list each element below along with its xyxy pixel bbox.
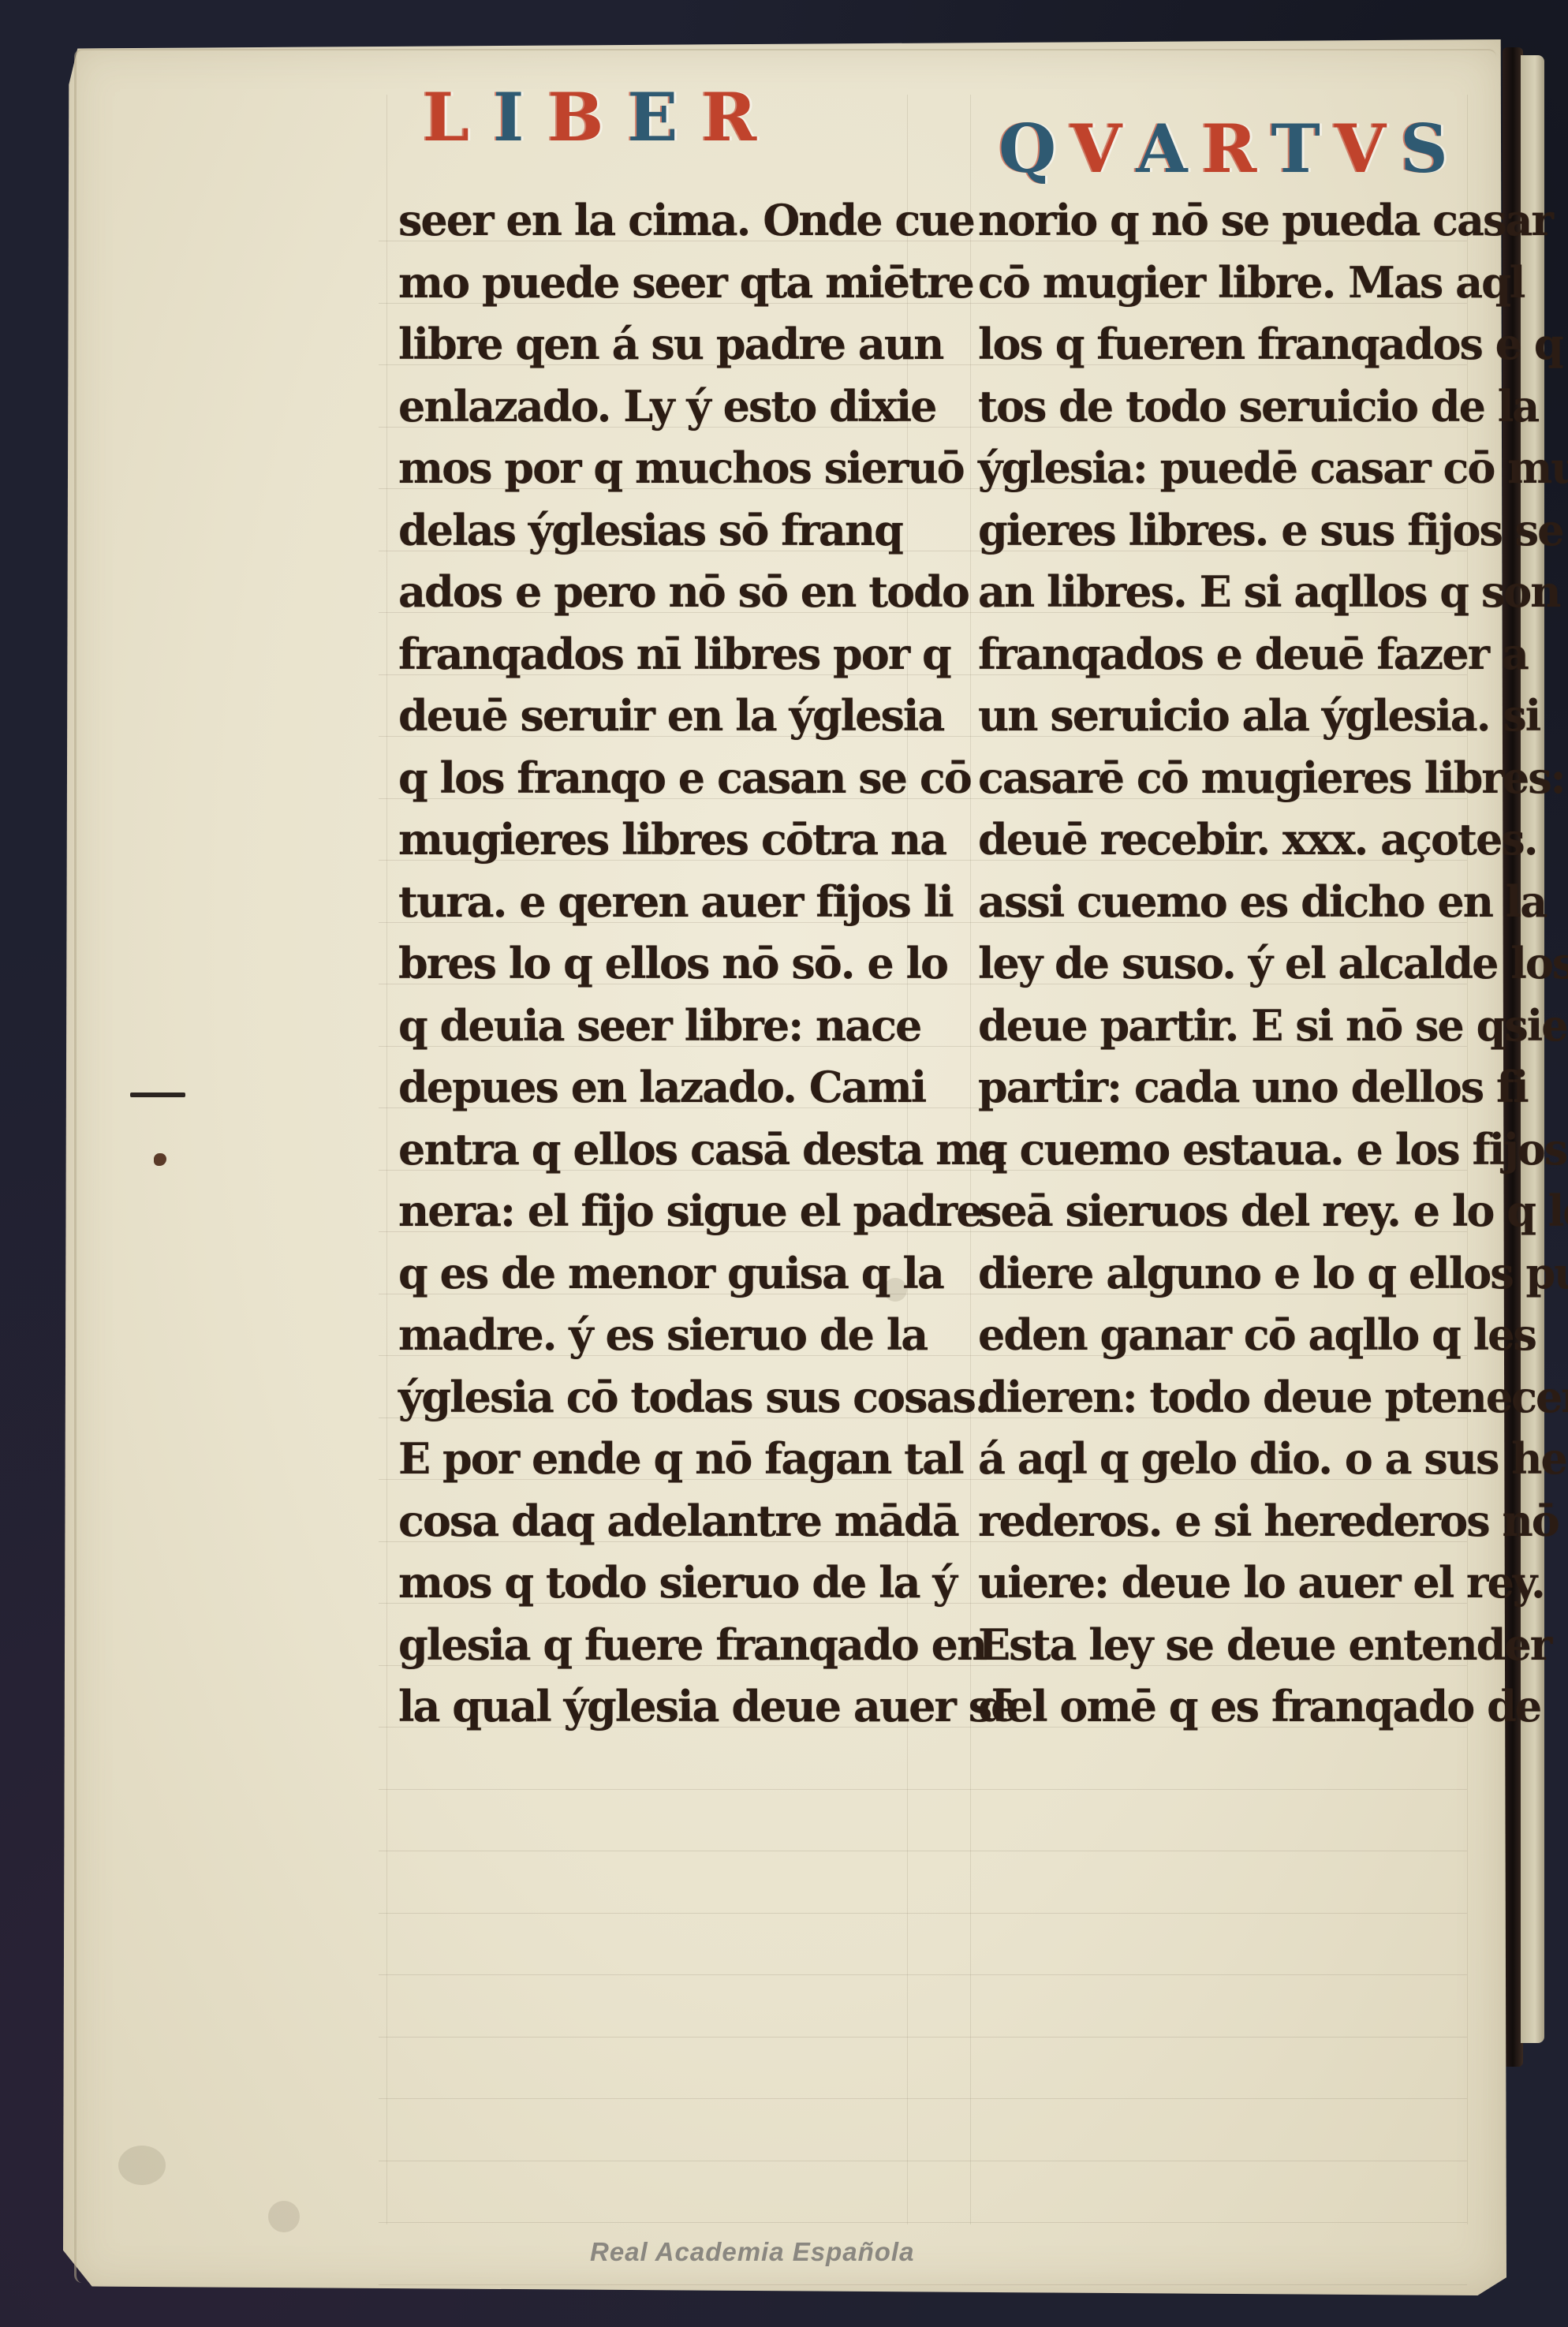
ruling-line [379, 2161, 1467, 2161]
ruling-line [379, 2098, 1467, 2099]
manuscript-line: tura. e qeren auer fijos li [398, 871, 903, 933]
rubric-initial: Q [994, 114, 1066, 184]
manuscript-line: q los franqo e casan se cō [398, 747, 903, 809]
manuscript-line: ýglesia cō todas sus cosas. [398, 1366, 903, 1429]
rubric-initial: E [622, 83, 696, 152]
manuscript-line: á aql q gelo dio. o a sus he [978, 1428, 1483, 1490]
manuscript-line: ados e pero nō sō en todo [398, 561, 903, 623]
manuscript-line: franqados nī libres por q [398, 623, 903, 685]
manuscript-line: dieren: todo deue ptenecer [978, 1366, 1483, 1429]
manuscript-line: mugieres libres cōtra na [398, 809, 903, 871]
rubric-initial: A [1131, 114, 1197, 184]
ruling-line [379, 2284, 1467, 2285]
manuscript-line: rederos. e si herederos nō o [978, 1490, 1483, 1552]
manuscript-line: glesia q fuere franqado en [398, 1614, 903, 1676]
ruling-margin-left [386, 95, 387, 2224]
text-column-right: norio q nō se pueda casarcō mugier libre… [978, 189, 1483, 1738]
manuscript-line: franqados e deuē fazer a [978, 623, 1483, 685]
manuscript-line: seā sieruos del rey. e lo q les [978, 1180, 1483, 1242]
manuscript-line: enlazado. Ly ý esto dixie [398, 375, 903, 438]
rubric-initial: R [1197, 114, 1267, 184]
manuscript-line: Esta ley se deue entender [978, 1614, 1483, 1676]
rubric-initial: B [543, 83, 622, 152]
manuscript-line: ley de suso. ý el alcalde los [978, 932, 1483, 995]
manuscript-line: q es de menor guisa q la [398, 1242, 903, 1305]
manuscript-line: mo puede seer qta miētre [398, 252, 903, 314]
manuscript-line: deue partir. E si nō se qsierē [978, 995, 1483, 1057]
manuscript-line: la qual ýglesia deue auer sē [398, 1675, 903, 1738]
manuscript-line: deuē recebir. xxx. açotes. [978, 809, 1483, 871]
text-column-left: seer en la cima. Onde cuemo puede seer q… [398, 189, 903, 1738]
manuscript-line: assi cuemo es dicho en la [978, 871, 1483, 933]
ruling-line [379, 2037, 1467, 2038]
rubric-initial: V [1066, 114, 1131, 184]
manuscript-line: uiere: deue lo auer el rey. [978, 1552, 1483, 1614]
marginal-pen-mark [130, 1093, 185, 1097]
manuscript-line: delas ýglesias sō franq [398, 499, 903, 562]
manuscript-line: del omē q es franqado de [978, 1675, 1483, 1738]
ruling-line [379, 1974, 1467, 1975]
manuscript-line: entra q ellos casā desta ma [398, 1119, 903, 1181]
rubric-initial: S [1395, 114, 1458, 184]
rubric-initial: L [418, 83, 488, 152]
parchment-stain [268, 2201, 300, 2232]
rubric-initial: T [1266, 114, 1330, 184]
manuscript-line: libre qen á su padre aun [398, 313, 903, 375]
manuscript-line: q deuia seer libre: nace [398, 995, 903, 1057]
manuscript-line: q cuemo estaua. e los fijos [978, 1119, 1483, 1181]
manuscript-line: gieres libres. e sus fijos se [978, 499, 1483, 562]
ruling-line [379, 1789, 1467, 1790]
manuscript-line: tos de todo seruicio de la [978, 375, 1483, 438]
manuscript-line: seer en la cima. Onde cue [398, 189, 903, 252]
manuscript-line: depues en lazado. Cami [398, 1056, 903, 1119]
manuscript-line: casarē cō mugieres libres: [978, 747, 1483, 809]
manuscript-line: an libres. E si aqllos q son [978, 561, 1483, 623]
watermark: Real Academia Española [590, 2237, 914, 2267]
ruling-line [379, 2222, 1467, 2223]
running-title-quartus: QVARTVS [994, 114, 1458, 184]
rubric-initial: R [696, 83, 775, 152]
manuscript-line: eden ganar cō aqllo q les [978, 1304, 1483, 1366]
manuscript-line: diere alguno e lo q ellos pu [978, 1242, 1483, 1305]
manuscript-line: nera: el fijo sigue el padre [398, 1180, 903, 1242]
parchment-stain [118, 2146, 166, 2185]
manuscript-line: cosa daq adelantre mādā [398, 1490, 903, 1552]
ruling-line [379, 1913, 1467, 1914]
manuscript-line: deuē seruir en la ýglesia [398, 685, 903, 747]
manuscript-line: madre. ý es sieruo de la [398, 1304, 903, 1366]
running-title-liber: LIBER [418, 83, 775, 152]
manuscript-line: mos q todo sieruo de la ý [398, 1552, 903, 1614]
manuscript-line: partir: cada uno dellos fi [978, 1056, 1483, 1119]
rubric-initial: V [1330, 114, 1395, 184]
manuscript-line: E por ende q nō fagan tal [398, 1428, 903, 1490]
manuscript-line: un seruicio ala ýglesia. si [978, 685, 1483, 747]
manuscript-line: ýglesia: puedē casar cō mu [978, 437, 1483, 499]
manuscript-line: norio q nō se pueda casar [978, 189, 1483, 252]
ruling-line [379, 1851, 1467, 1851]
manuscript-line: mos por q muchos sieruō [398, 437, 903, 499]
rubric-initial: I [488, 83, 543, 152]
manuscript-line: los q fueren franqados e q [978, 313, 1483, 375]
manuscript-line: cō mugier libre. Mas aql [978, 252, 1483, 314]
manuscript-line: bres lo q ellos nō sō. e lo [398, 932, 903, 995]
